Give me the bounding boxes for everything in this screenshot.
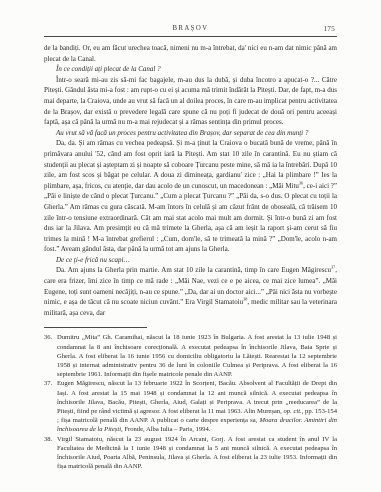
footnote: 36.Dumitru „Mita” Gh. Caramihai, născut …: [44, 333, 337, 379]
text-run: , ce-i aici ?” „Păi e liniște de când o …: [44, 182, 337, 254]
footnote: 37.Eugen Măgirescu, născut la 13 februar…: [44, 379, 337, 434]
text-run: Virgil Stamatoiu, născut la 23 august 19…: [57, 436, 337, 471]
text-run: Da, da. Și am rămas cu vechea pedeapsă. …: [44, 139, 337, 189]
interview-answer: Da. Am ajuns la Gherla prin martie. Am s…: [44, 265, 337, 318]
text-run: Dumitru „Mita” Gh. Caramihai, născut la …: [57, 334, 337, 378]
page-number: 175: [324, 25, 335, 33]
interview-answer: Într-o seară mi-au zis să-mi fac bagajel…: [44, 75, 337, 128]
footnote-number: 36.: [44, 333, 57, 342]
interview-question: În ce condiții ați plecat de la Canal ?: [44, 64, 337, 75]
footnote-number: 38.: [44, 435, 57, 444]
text-run: Într-o seară mi-au zis să-mi fac bagajel…: [44, 76, 337, 126]
body-text: de la bandiți. Or, eu am făcut urechea t…: [44, 43, 337, 318]
running-head: BRAȘOV 175: [44, 25, 337, 37]
text-run: Da. Am ajuns la Gherla prin martie. Am s…: [56, 266, 331, 274]
footnote-number: 37.: [44, 379, 57, 388]
interview-answer: de la bandiți. Or, eu am făcut urechea t…: [44, 43, 337, 64]
header-title: BRAȘOV: [173, 25, 209, 32]
footnotes-section: 36.Dumitru „Mita” Gh. Caramihai, născut …: [44, 333, 337, 471]
interview-question: De ce ți-e frică nu scapi…: [44, 255, 337, 266]
text-run: De ce ți-e frică nu scapi…: [56, 256, 130, 264]
footnote: 38.Virgil Stamatoiu, născut la 23 august…: [44, 435, 337, 472]
text-run: , Fronde, Alba Iulia – Paris, 1994.: [121, 426, 210, 433]
text-run: Au vrut să vă facă un proces pentru acti…: [56, 129, 308, 137]
text-block: BRAȘOV 175 de la bandiți. Or, eu am făcu…: [44, 25, 337, 471]
text-run: În ce condiții ați plecat de la Canal ?: [56, 65, 161, 73]
book-page: BRAȘOV 175 de la bandiți. Or, eu am făcu…: [0, 0, 381, 492]
cited-title: op. cit.: [283, 408, 301, 415]
interview-answer: Da, da. Și am rămas cu vechea pedeapsă. …: [44, 138, 337, 255]
text-run: de la bandiți. Or, eu am făcut urechea t…: [44, 44, 337, 63]
footnote-separator: [44, 327, 147, 328]
interview-question: Au vrut să vă facă un proces pentru acti…: [44, 128, 337, 139]
